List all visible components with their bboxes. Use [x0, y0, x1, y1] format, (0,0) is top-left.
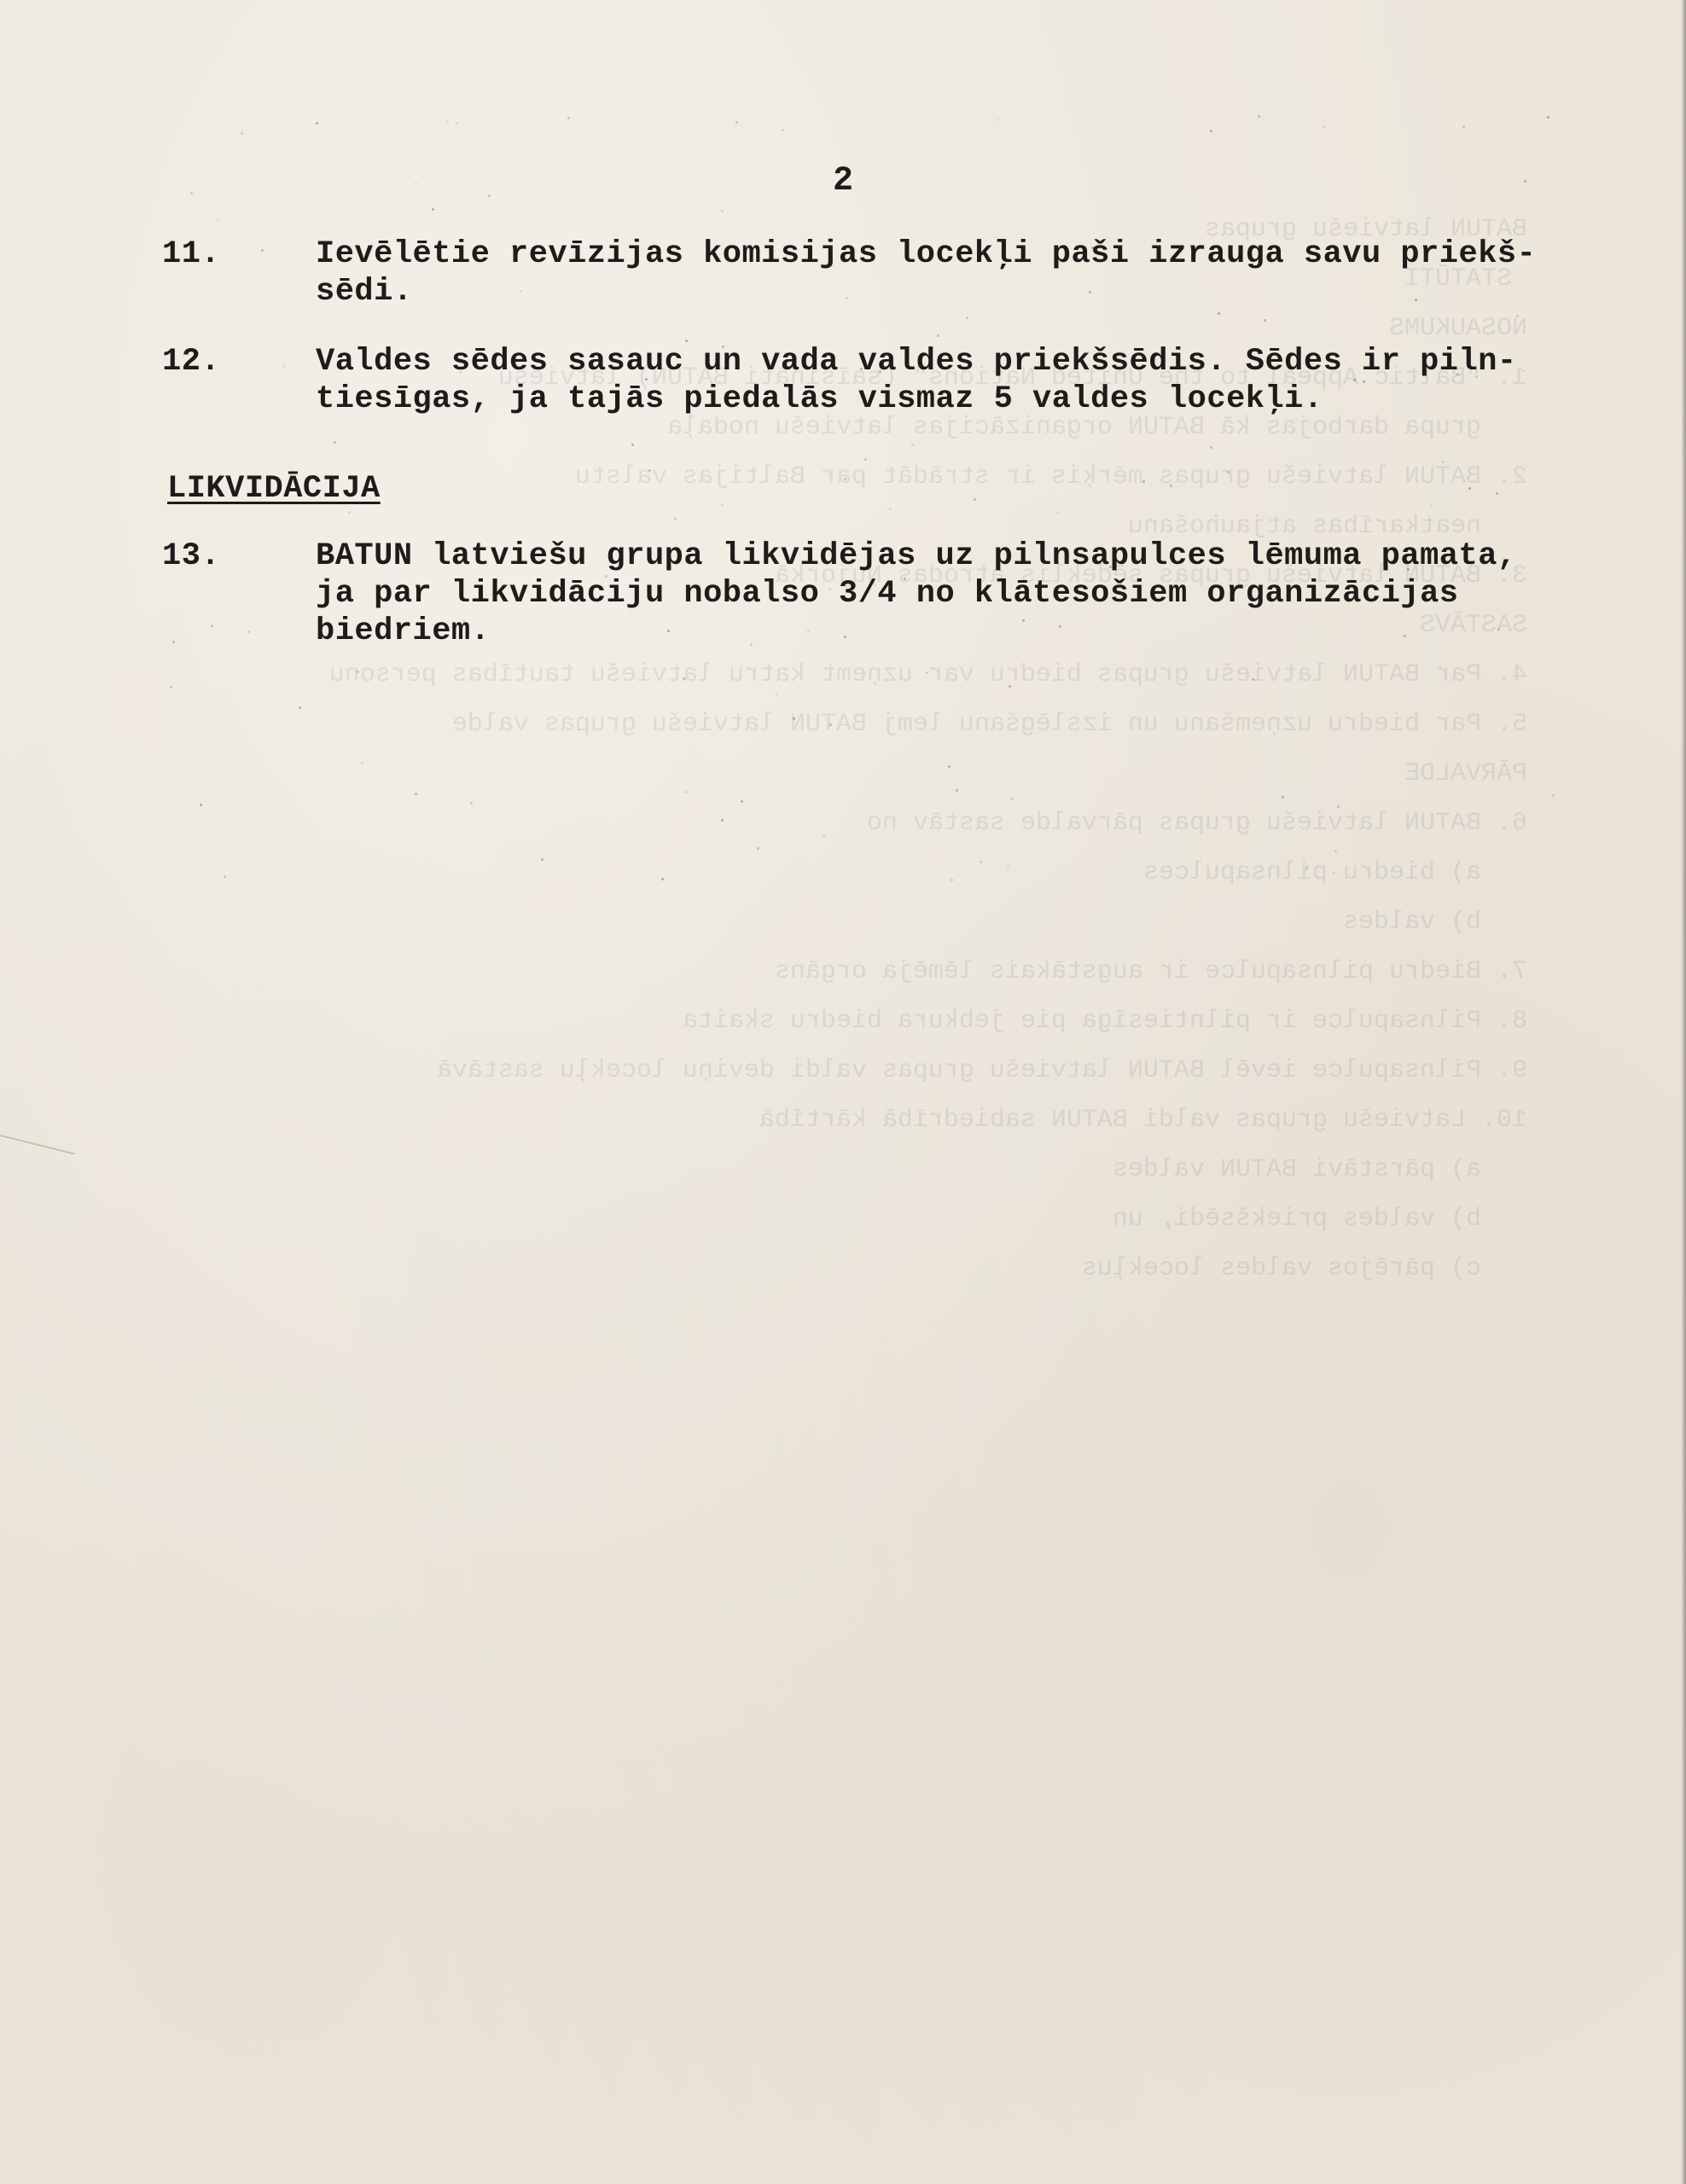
section-heading-liquidation: LIKVIDĀCIJA: [167, 471, 381, 507]
paragraph-12: 12. Valdes sēdes sasauc un vada valdes p…: [162, 343, 1570, 418]
page-edge: [1681, 0, 1686, 2184]
paper-background: [0, 0, 1686, 2184]
paragraph-text: Ievēlētie revīzijas komisijas locekļi pa…: [316, 235, 1570, 311]
paragraph-number: 13.: [162, 537, 290, 575]
paragraph-11: 11. Ievēlētie revīzijas komisijas locekļ…: [162, 235, 1570, 311]
paragraph-number: 12.: [162, 343, 290, 380]
paragraph-number: 11.: [162, 235, 290, 273]
paragraph-text: BATUN latviešu grupa likvidējas uz pilns…: [316, 537, 1570, 650]
page-number: 2: [0, 162, 1686, 200]
paragraph-text: Valdes sēdes sasauc un vada valdes priek…: [316, 343, 1570, 418]
paragraph-13: 13. BATUN latviešu grupa likvidējas uz p…: [162, 537, 1570, 650]
